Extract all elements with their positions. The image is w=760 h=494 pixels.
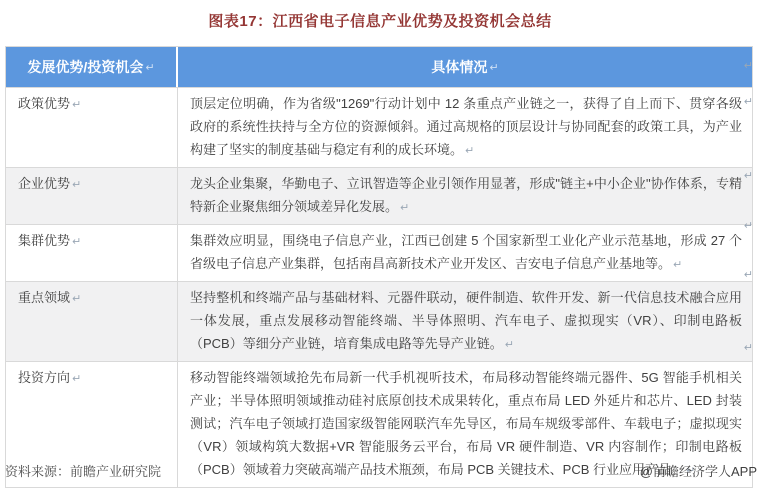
table-row: 集群优势↵ 集群效应明显，围绕电子信息产业，江西已创建 5 个国家新型工业化产业… <box>6 224 752 281</box>
category-label: 企业优势 <box>18 176 70 191</box>
return-mark-icon: ↵ <box>744 341 753 354</box>
return-mark-icon: ↵ <box>744 219 753 232</box>
brand-credit: @前瞻经济学人APP <box>640 461 757 480</box>
return-mark-icon: ↵ <box>744 268 753 281</box>
detail-cell: 集群效应明显，围绕电子信息产业，江西已创建 5 个国家新型工业化产业示范基地，形… <box>178 225 752 281</box>
category-cell: 政策优势↵ <box>6 88 178 167</box>
return-mark-icon: ↵ <box>744 59 753 72</box>
table-row: 重点领域↵ 坚持整机和终端产品与基础材料、元器件联动，硬件制造、软件开发、新一代… <box>6 281 752 361</box>
detail-text: 集群效应明显，围绕电子信息产业，江西已创建 5 个国家新型工业化产业示范基地，形… <box>190 233 742 271</box>
return-mark-icon: ↵ <box>72 99 81 111</box>
figure-page: 前瞻产业研究院 前瞻产业研究院 前瞻产业研究院 图表17：江西省电子信息产业优势… <box>0 0 760 494</box>
category-cell: 集群优势↵ <box>6 225 178 281</box>
category-label: 集群优势 <box>18 233 70 248</box>
return-mark-icon: ↵ <box>72 293 81 305</box>
category-label: 投资方向 <box>18 370 70 385</box>
detail-cell: 坚持整机和终端产品与基础材料、元器件联动，硬件制造、软件开发、新一代信息技术融合… <box>178 282 752 361</box>
header-category-label: 发展优势/投资机会 <box>27 57 143 77</box>
return-mark-icon: ↵ <box>505 339 514 351</box>
category-label: 重点领域 <box>18 290 70 305</box>
category-cell: 企业优势↵ <box>6 168 178 224</box>
return-mark-icon: ↵ <box>673 259 682 271</box>
category-cell: 重点领域↵ <box>6 282 178 361</box>
summary-table: 发展优势/投资机会↵ 具体情况↵ 政策优势↵ 顶层定位明确，作为省级"1269"… <box>5 46 753 488</box>
return-mark-icon: ↵ <box>489 61 498 74</box>
return-mark-icon: ↵ <box>72 179 81 191</box>
detail-cell: 龙头企业集聚，华勤电子、立讯智造等企业引领作用显著，形成"链主+中小企业"协作体… <box>178 168 752 224</box>
table-header-row: 发展优势/投资机会↵ 具体情况↵ <box>6 47 752 87</box>
figure-title: 图表17：江西省电子信息产业优势及投资机会总结 <box>0 10 760 31</box>
detail-cell: 顶层定位明确，作为省级"1269"行动计划中 12 条重点产业链之一，获得了自上… <box>178 88 752 167</box>
detail-text: 坚持整机和终端产品与基础材料、元器件联动，硬件制造、软件开发、新一代信息技术融合… <box>190 290 742 351</box>
return-mark-icon: ↵ <box>72 373 81 385</box>
return-mark-icon: ↵ <box>72 236 81 248</box>
category-label: 政策优势 <box>18 96 70 111</box>
return-mark-icon: ↵ <box>744 169 753 182</box>
header-detail-label: 具体情况 <box>431 57 487 77</box>
header-cell-detail: 具体情况↵ <box>178 47 752 87</box>
return-mark-icon: ↵ <box>744 95 753 108</box>
return-mark-icon: ↵ <box>400 202 409 214</box>
source-note: 资料来源：前瞻产业研究院 <box>5 461 161 480</box>
table-row: 政策优势↵ 顶层定位明确，作为省级"1269"行动计划中 12 条重点产业链之一… <box>6 87 752 167</box>
return-mark-icon: ↵ <box>465 145 474 157</box>
table-row: 企业优势↵ 龙头企业集聚，华勤电子、立讯智造等企业引领作用显著，形成"链主+中小… <box>6 167 752 224</box>
return-mark-icon: ↵ <box>145 61 154 74</box>
header-cell-category: 发展优势/投资机会↵ <box>6 47 178 87</box>
detail-text: 龙头企业集聚，华勤电子、立讯智造等企业引领作用显著，形成"链主+中小企业"协作体… <box>190 176 742 214</box>
